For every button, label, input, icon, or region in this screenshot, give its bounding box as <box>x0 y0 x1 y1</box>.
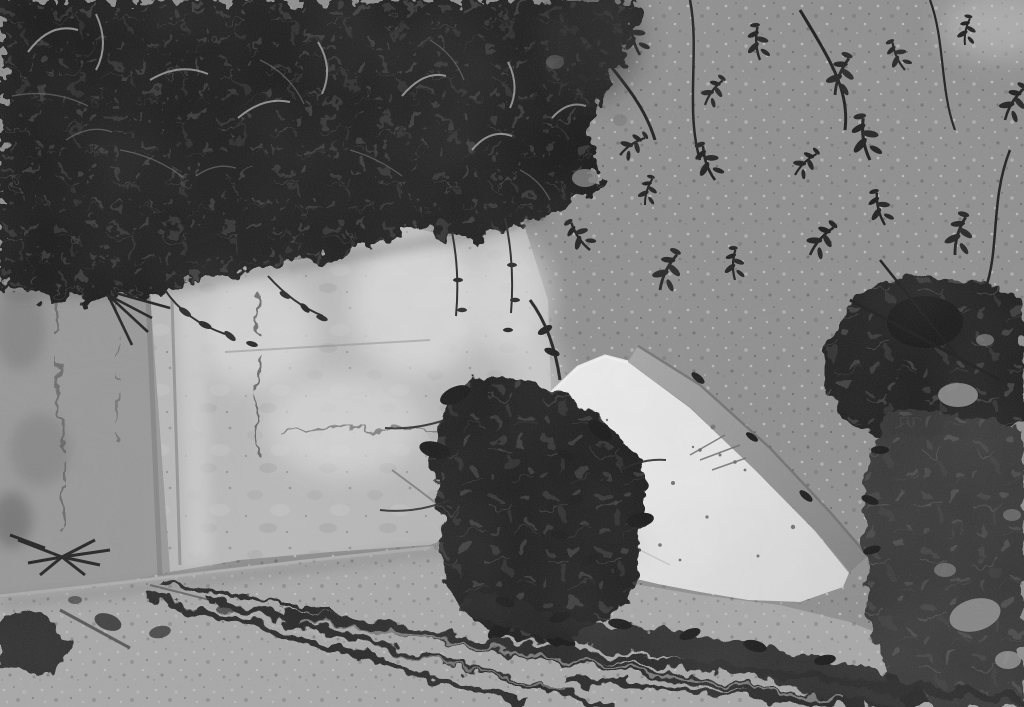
photograph: Black-and-white photograph of an excavat… <box>0 0 1024 707</box>
film-grain <box>0 0 1024 707</box>
photo-canvas: Black-and-white photograph of an excavat… <box>0 0 1024 707</box>
